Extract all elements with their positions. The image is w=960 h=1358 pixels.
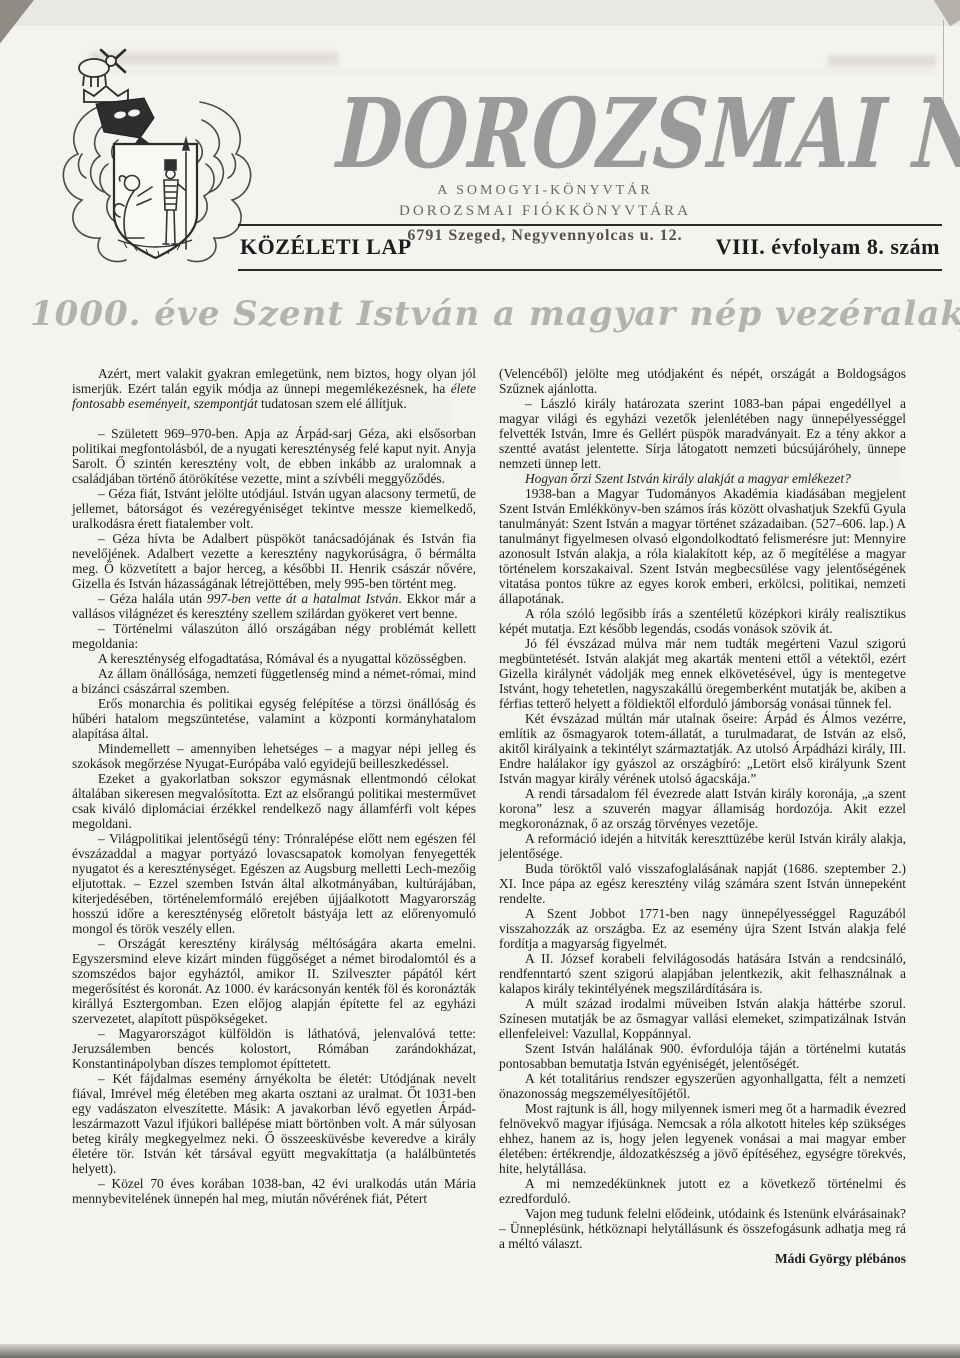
paragraph: A rendi társadalom fél évezrede alatt Is… <box>499 786 906 831</box>
paragraph: Két évszázad múltán már utalnak őseire: … <box>499 711 906 786</box>
issue-number: VIII. évfolyam 8. szám <box>716 234 940 260</box>
coat-of-arms <box>52 44 268 276</box>
paragraph: A róla szóló legősibb írás a szentéletű … <box>499 606 906 636</box>
paragraph: Erős monarchia és politikai egység felép… <box>72 696 476 741</box>
paragraph: – Világpolitikai jelentőségű tény: Trónr… <box>72 831 476 936</box>
paragraph: Vajon meg tudunk felelni elődeink, utóda… <box>499 1206 906 1251</box>
article-right-column: (Velencéből) jelölte meg utódjaként és n… <box>499 366 906 1266</box>
paragraph: 1938-ban a Magyar Tudományos Akadémia ki… <box>499 486 906 606</box>
paragraph: Szent István halálának 900. évfordulója … <box>499 1041 906 1071</box>
divider-rule <box>238 224 942 226</box>
paragraph: Mindemellett – amennyiben lehetséges – a… <box>72 741 476 771</box>
paragraph: A II. József korabeli felvilágosodás hat… <box>499 951 906 996</box>
article-left-column: Azért, mert valakit gyakran emlegetünk, … <box>72 366 476 1206</box>
paragraph: – Géza fiát, Istvánt jelölte utódjául. I… <box>72 486 476 531</box>
divider-rule <box>238 269 942 271</box>
paragraph: A két totalitárius rendszer egyszerűen a… <box>499 1071 906 1101</box>
paragraph: Buda töröktől való visszafoglalásának na… <box>499 861 906 906</box>
newspaper-title: DOROZSMAI NAPLÓ <box>335 86 960 182</box>
publication-type: KÖZÉLETI LAP <box>240 234 412 260</box>
paragraph: – Két fájdalmas esemény árnyékolta be él… <box>72 1071 476 1176</box>
paragraph: – Országát keresztény királyság méltóság… <box>72 936 476 1026</box>
newspaper-page: DOROZSMAI NAPLÓ A SOMOGYI-KÖNYVTÁR DOROZ… <box>0 0 960 1358</box>
paragraph: – Közel 70 éves korában 1038-ban, 42 évi… <box>72 1176 476 1206</box>
paragraph: Most rajtunk is áll, hogy milyennek isme… <box>499 1101 906 1176</box>
stamp-line: A SOMOGYI-KÖNYVTÁR <box>330 183 760 199</box>
scan-edge-bottom <box>0 1344 960 1358</box>
paragraph: Hogyan őrzi Szent István király alakját … <box>499 471 906 486</box>
paragraph: – Történelmi válaszúton álló országában … <box>72 621 476 651</box>
paragraph: Azért, mert valakit gyakran emlegetünk, … <box>72 366 476 411</box>
paragraph: (Velencéből) jelölte meg utódjaként és n… <box>499 366 906 396</box>
paragraph: Az állam önállósága, nemzeti függetlensé… <box>72 666 476 696</box>
paragraph: A mi nemzedékünknek jutott ez a következ… <box>499 1176 906 1206</box>
paragraph: – Született 969–970-ben. Apja az Árpád-s… <box>72 426 476 486</box>
paragraph: A múlt század irodalmi műveiben István a… <box>499 996 906 1041</box>
paragraph: A kereszténység elfogadtatása, Rómával é… <box>72 651 476 666</box>
paragraph: Ezeket a gyakorlatban sokszor egymásnak … <box>72 771 476 831</box>
ink-bleed-ghost <box>828 55 936 67</box>
right-column-paragraphs: (Velencéből) jelölte meg utódjaként és n… <box>499 366 906 1251</box>
paragraph: – Magyarországot külföldön is láthatóvá,… <box>72 1026 476 1071</box>
stamp-line: DOROZSMAI FIÓKKÖNYVTÁRA <box>330 203 760 220</box>
paragraph: – Géza halála után 997-ben vette át a ha… <box>72 591 476 621</box>
author-signature: Mádi György plébános <box>499 1251 906 1266</box>
paragraph: A reformáció idején a hitviták kereszttü… <box>499 831 906 861</box>
article-headline: 1000. éve Szent István a magyar nép vezé… <box>30 294 950 334</box>
paragraph: – László király határozata szerint 1083-… <box>499 396 906 471</box>
scan-edge-top <box>0 0 960 26</box>
paragraph: – Géza hívta be Adalbert püspököt tanács… <box>72 531 476 591</box>
paragraph: Jó fél évszázad múlva már nem tudták meg… <box>499 636 906 711</box>
paragraph: A Szent Jobbot 1771-ben nagy ünnepélyess… <box>499 906 906 951</box>
